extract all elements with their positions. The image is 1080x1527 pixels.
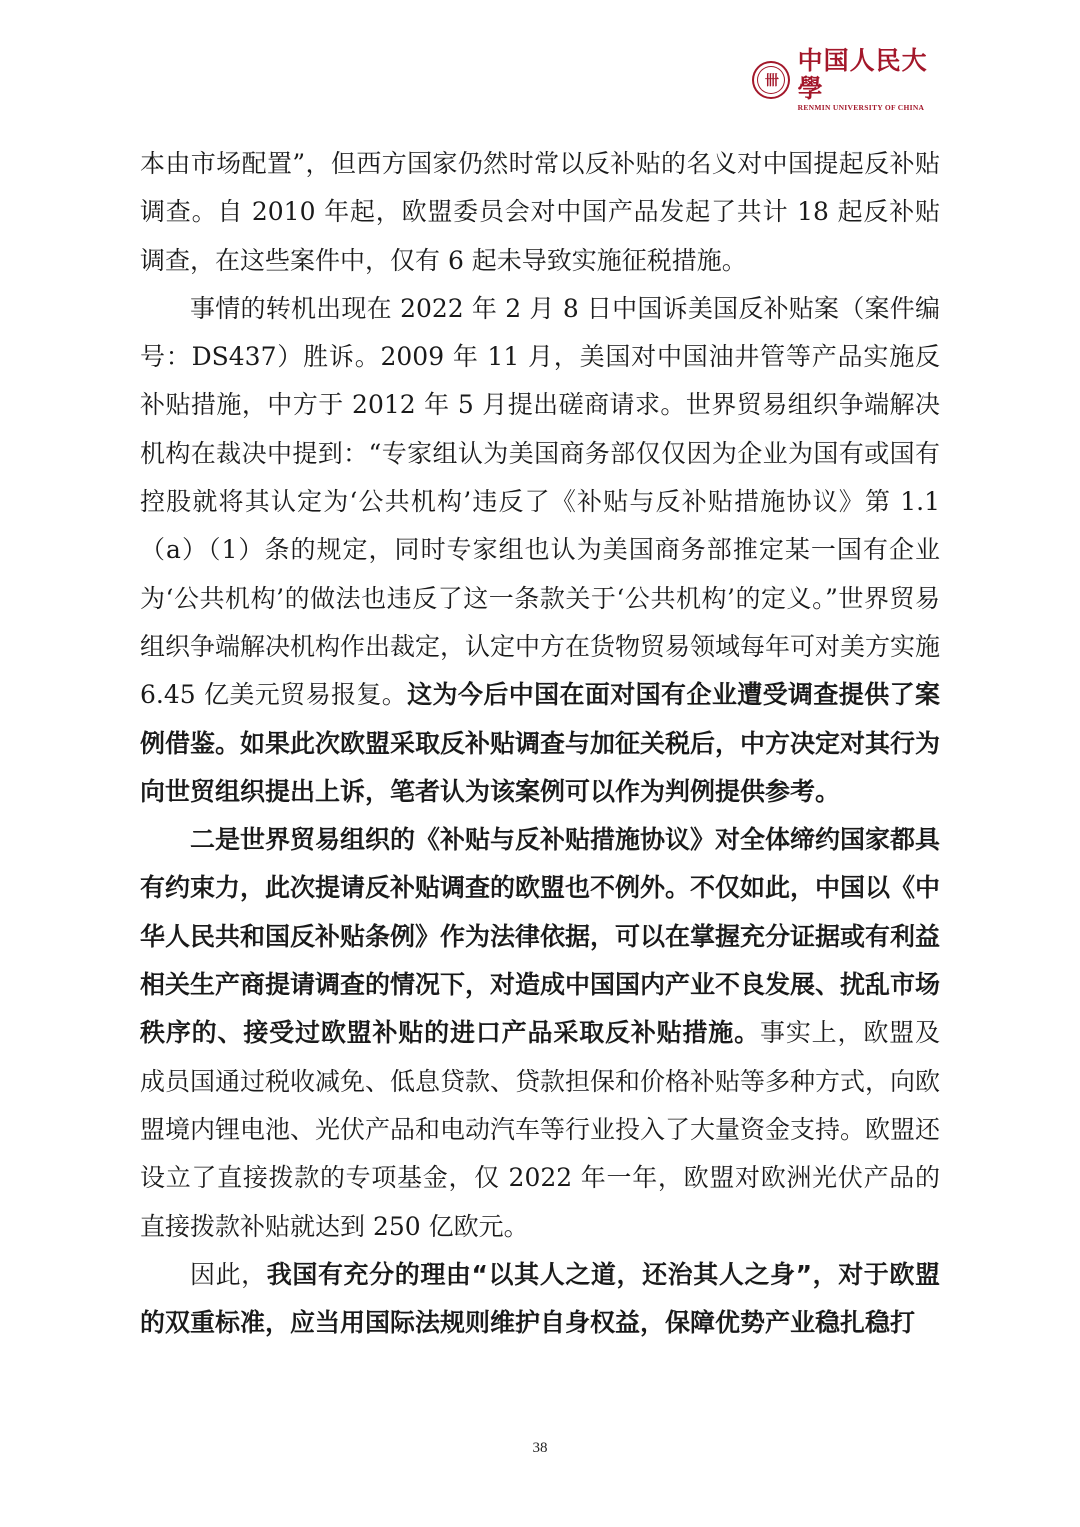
text-run: 因此，	[190, 1260, 267, 1289]
paragraph-2: 事情的转机出现在 2022 年 2 月 8 日中国诉美国反补贴案（案件编号：DS…	[140, 285, 940, 816]
bold-text-run: 二是世界贸易组织的《补贴与反补贴措施协议》对全体缔约国家都具有约束力，此次提请反…	[140, 825, 940, 1047]
logo-chinese-name: 中国人民大學	[798, 47, 952, 103]
text-run: 本由市场配置”，但西方国家仍然时常以反补贴的名义对中国提起反补贴调查。自 201…	[140, 149, 940, 275]
paragraph-3: 二是世界贸易组织的《补贴与反补贴措施协议》对全体缔约国家都具有约束力，此次提请反…	[140, 816, 940, 1251]
paragraph-1: 本由市场配置”，但西方国家仍然时常以反补贴的名义对中国提起反补贴调查。自 201…	[140, 140, 940, 285]
document-body: 本由市场配置”，但西方国家仍然时常以反补贴的名义对中国提起反补贴调查。自 201…	[140, 140, 940, 1347]
text-run: 事情的转机出现在 2022 年 2 月 8 日中国诉美国反补贴案（案件编号：DS…	[140, 294, 940, 709]
logo-text: 中国人民大學 RENMIN UNIVERSITY OF CHINA	[798, 47, 952, 113]
university-seal-icon: 卌	[752, 61, 790, 99]
seal-glyph: 卌	[765, 70, 777, 90]
logo-english-name: RENMIN UNIVERSITY OF CHINA	[798, 103, 952, 113]
page-number: 38	[0, 1440, 1080, 1457]
paragraph-4: 因此，我国有充分的理由“以其人之道，还治其人之身”，对于欧盟的双重标准，应当用国…	[140, 1251, 940, 1348]
text-run: 事实上，欧盟及成员国通过税收减免、低息贷款、贷款担保和价格补贴等多种方式，向欧盟…	[140, 1018, 940, 1240]
university-logo: 卌 中国人民大學 RENMIN UNIVERSITY OF CHINA	[752, 58, 952, 102]
